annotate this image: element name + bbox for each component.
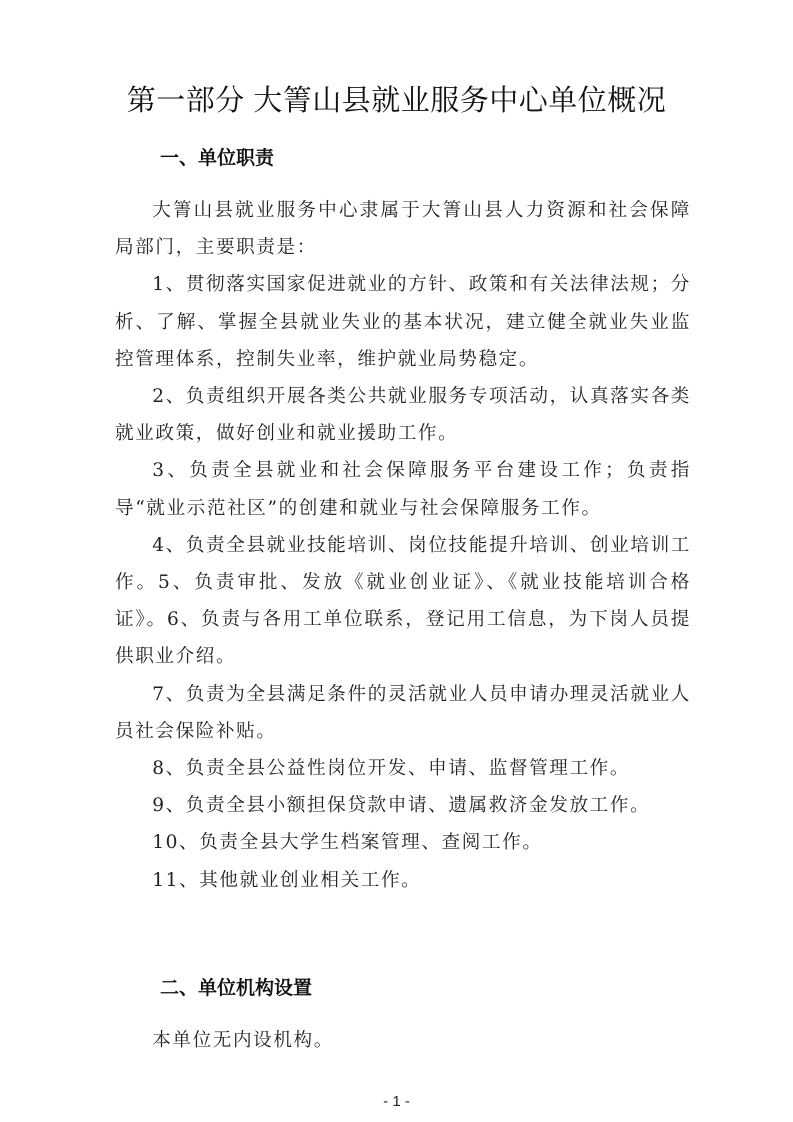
structure-text: 本单位无内设机构。 [115, 1022, 691, 1059]
duty-item-1: 1、贯彻落实国家促进就业的方针、政策和有关法律法规；分析、了解、掌握全县就业失业… [115, 266, 691, 378]
duty-item-3: 3、负责全县就业和社会保障服务平台建设工作；负责指导“就业示范社区”的创建和就业… [115, 452, 691, 526]
duty-item-11: 11、其他就业创业相关工作。 [115, 862, 691, 899]
section-heading-duties: 一、单位职责 [160, 143, 274, 170]
duty-item-10: 10、负责全县大学生档案管理、查阅工作。 [115, 824, 691, 861]
section-body-duties: 大箐山县就业服务中心隶属于大箐山县人力资源和社会保障局部门，主要职责是： 1、贯… [115, 192, 691, 899]
page-number: - 1 - [0, 1093, 793, 1110]
page-title: 第一部分 大箐山县就业服务中心单位概况 [0, 78, 793, 119]
duty-item-2: 2、负责组织开展各类公共就业服务专项活动，认真落实各类就业政策，做好创业和就业援… [115, 378, 691, 452]
section-heading-structure: 二、单位机构设置 [160, 973, 312, 1000]
duty-item-9: 9、负责全县小额担保贷款申请、遗属救济金发放工作。 [115, 787, 691, 824]
duties-intro: 大箐山县就业服务中心隶属于大箐山县人力资源和社会保障局部门，主要职责是： [115, 192, 691, 266]
duty-item-4-6: 4、负责全县就业技能培训、岗位技能提升培训、创业培训工作。5、负责审批、发放《就… [115, 527, 691, 676]
section-body-structure: 本单位无内设机构。 [115, 1022, 691, 1059]
document-page: 第一部分 大箐山县就业服务中心单位概况 一、单位职责 大箐山县就业服务中心隶属于… [0, 0, 793, 1122]
duty-item-8: 8、负责全县公益性岗位开发、申请、监督管理工作。 [115, 750, 691, 787]
duty-item-7: 7、负责为全县满足条件的灵活就业人员申请办理灵活就业人员社会保险补贴。 [115, 676, 691, 750]
